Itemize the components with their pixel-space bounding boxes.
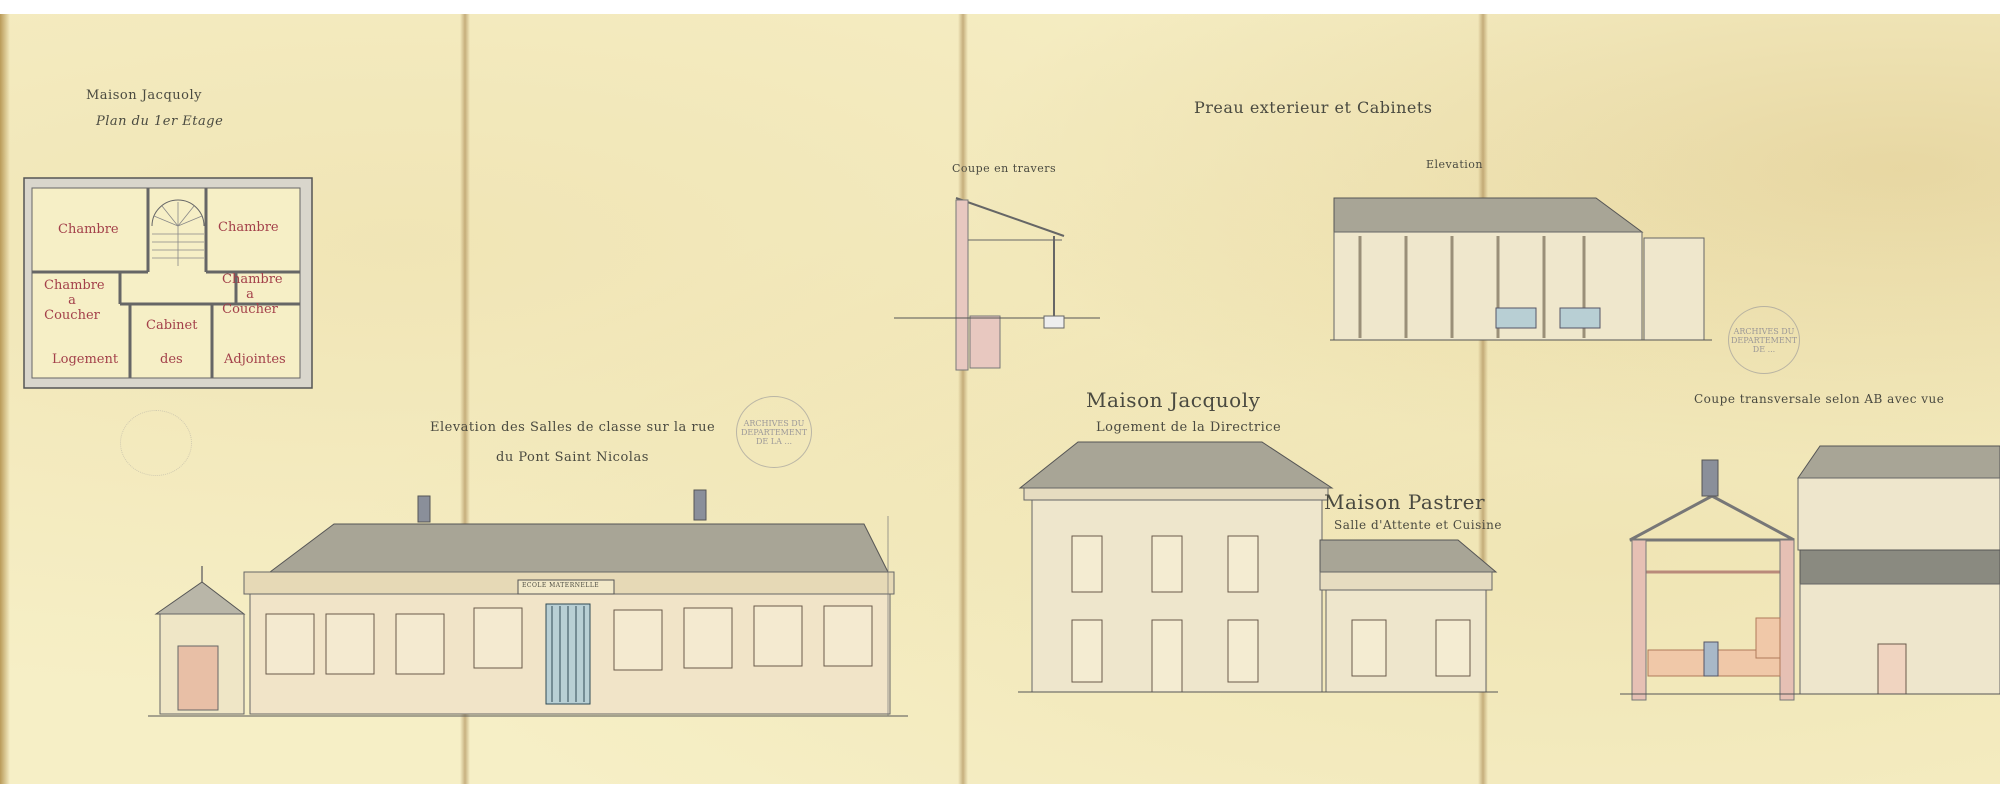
- cross-section-drawing: [1620, 432, 2000, 712]
- room-sublabel: Adjointes: [224, 352, 286, 367]
- room-label: ChambreaCoucher: [44, 278, 100, 323]
- room-label: Chambre: [58, 222, 119, 237]
- preau-title: Preau exterieur et Cabinets: [1194, 98, 1433, 117]
- preau-elevation-drawing: [1334, 196, 1714, 356]
- pastrer-title: Maison Pastrer: [1324, 490, 1485, 514]
- archive-stamp: ARCHIVES DU DEPARTEMENT DE ...: [1728, 306, 1800, 374]
- floor-plan-subtitle: Plan du 1er Etage: [96, 114, 223, 129]
- archive-stamp: [120, 410, 192, 476]
- room-label: Chambre: [218, 220, 279, 235]
- fold-line: [958, 14, 968, 784]
- room-label: Cabinet: [146, 318, 197, 333]
- room-sublabel: Logement: [52, 352, 118, 367]
- floor-plan-title: Maison Jacquoly: [86, 88, 202, 103]
- pastrer-subtitle: Salle d'Attente et Cuisine: [1334, 518, 1502, 532]
- jacquoly-elevation-drawing: [1018, 440, 1518, 700]
- school-elevation-subtitle: du Pont Saint Nicolas: [496, 450, 649, 465]
- jacquoly-elevation-subtitle: Logement de la Directrice: [1096, 420, 1281, 435]
- preau-elevation-label: Elevation: [1426, 158, 1483, 171]
- school-elevation-title: Elevation des Salles de classe sur la ru…: [430, 420, 715, 435]
- preau-section-drawing: [894, 196, 1104, 376]
- jacquoly-elevation-title: Maison Jacquoly: [1086, 388, 1260, 412]
- school-elevation-drawing: [148, 486, 918, 722]
- room-label: ChambreaCoucher: [222, 272, 278, 317]
- archive-stamp: ARCHIVES DU DEPARTEMENT DE LA ...: [736, 396, 812, 468]
- room-sublabel: des: [160, 352, 183, 367]
- preau-section-label: Coupe en travers: [952, 162, 1056, 175]
- school-sign: ECOLE MATERNELLE: [522, 582, 599, 589]
- paper-edge: [0, 14, 10, 784]
- cross-section-title: Coupe transversale selon AB avec vue: [1694, 392, 1944, 406]
